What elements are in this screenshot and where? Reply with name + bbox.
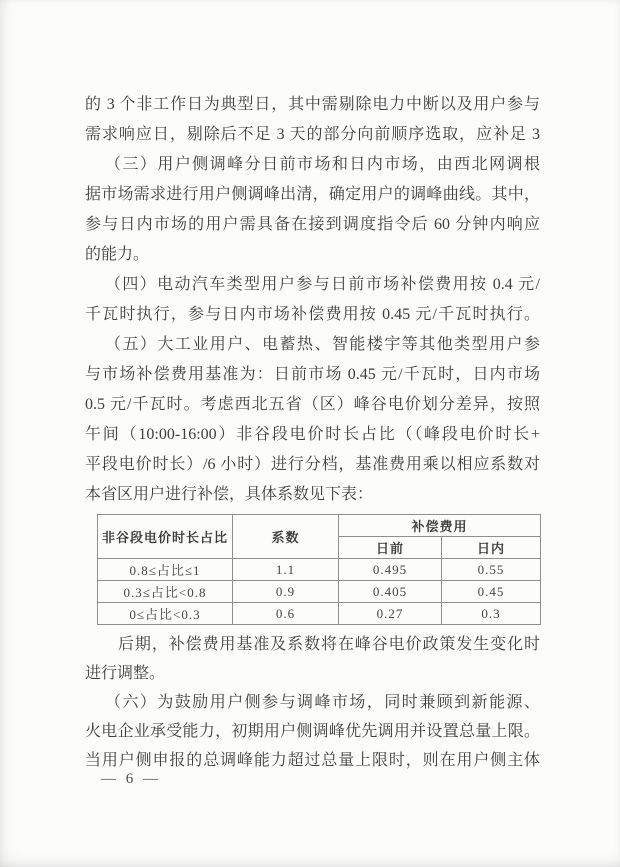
text-line: 后期，补偿费用基准及系数将在峰谷电价政策发生变化时 bbox=[85, 630, 540, 659]
cell-intraday: 0.55 bbox=[442, 559, 541, 581]
cell-day-ahead: 0.27 bbox=[339, 603, 442, 625]
cell-intraday: 0.3 bbox=[442, 603, 541, 625]
text-line-section-4: （四）电动汽车类型用户参与日前市场补偿费用按 0.4 元/ bbox=[85, 270, 540, 300]
cell-coefficient: 0.6 bbox=[233, 603, 339, 625]
compensation-coefficient-table: 非谷段电价时长占比 系数 补偿费用 日前 日内 0.8≤占比≤1 1.1 0.4… bbox=[97, 514, 541, 625]
header-ratio: 非谷段电价时长占比 bbox=[98, 515, 233, 559]
header-coefficient: 系数 bbox=[233, 515, 339, 559]
header-intraday: 日内 bbox=[442, 537, 541, 559]
cell-coefficient: 1.1 bbox=[233, 559, 339, 581]
text-line: 午间（10:00-16:00）非谷段电价时长占比（（峰段电价时长+ bbox=[85, 420, 540, 450]
text-line: 据市场需求进行用户侧调峰出清，确定用户的调峰曲线。其中， bbox=[85, 180, 540, 210]
text-line: 需求响应日，剔除后不足 3 天的部分向前顺序选取，应补足 3 天。 bbox=[85, 120, 540, 150]
body-text-lower: 后期，补偿费用基准及系数将在峰谷电价政策发生变化时 进行调整。 （六）为鼓励用户… bbox=[85, 630, 540, 775]
text-line-section-3: （三）用户侧调峰分日前市场和日内市场，由西北网调根 bbox=[85, 150, 540, 180]
table-row: 0.3≤占比<0.8 0.9 0.405 0.45 bbox=[98, 581, 541, 603]
text-line: 进行调整。 bbox=[85, 659, 540, 688]
header-day-ahead: 日前 bbox=[339, 537, 442, 559]
text-line: 千瓦时执行，参与日内市场补偿费用按 0.45 元/千瓦时执行。 bbox=[85, 300, 540, 330]
cell-coefficient: 0.9 bbox=[233, 581, 339, 603]
text-line: 参与日内市场的用户需具备在接到调度指令后 60 分钟内响应 bbox=[85, 210, 540, 240]
text-line-section-5: （五）大工业用户、电蓄热、智能楼宇等其他类型用户参 bbox=[85, 330, 540, 360]
table-row: 0.8≤占比≤1 1.1 0.495 0.55 bbox=[98, 559, 541, 581]
cell-day-ahead: 0.405 bbox=[339, 581, 442, 603]
cell-ratio: 0.8≤占比≤1 bbox=[98, 559, 233, 581]
cell-intraday: 0.45 bbox=[442, 581, 541, 603]
text-line: 火电企业承受能力，初期用户侧调峰优先调用并设置总量上限。 bbox=[85, 717, 540, 746]
text-line: 0.5 元/千瓦时。考虑西北五省（区）峰谷电价划分差异，按照 bbox=[85, 390, 540, 420]
document-page: 的 3 个非工作日为典型日，其中需剔除电力中断以及用户参与 需求响应日，剔除后不… bbox=[0, 0, 620, 867]
text-line: 的能力。 bbox=[85, 240, 540, 270]
text-line: 与市场补偿费用基准为：日前市场 0.45 元/千瓦时，日内市场 bbox=[85, 360, 540, 390]
body-text-upper: 的 3 个非工作日为典型日，其中需剔除电力中断以及用户参与 需求响应日，剔除后不… bbox=[85, 90, 540, 510]
cell-ratio: 0≤占比<0.3 bbox=[98, 603, 233, 625]
text-line: 的 3 个非工作日为典型日，其中需剔除电力中断以及用户参与 bbox=[85, 90, 540, 120]
cell-ratio: 0.3≤占比<0.8 bbox=[98, 581, 233, 603]
page-number: — 6 — bbox=[101, 771, 161, 788]
header-compensation: 补偿费用 bbox=[339, 515, 541, 537]
text-line: 本省区用户进行补偿，具体系数见下表： bbox=[85, 480, 540, 510]
table-header-row-1: 非谷段电价时长占比 系数 补偿费用 bbox=[98, 515, 541, 537]
cell-day-ahead: 0.495 bbox=[339, 559, 442, 581]
text-line: 平段电价时长）/6 小时）进行分档，基准费用乘以相应系数对 bbox=[85, 450, 540, 480]
table-row: 0≤占比<0.3 0.6 0.27 0.3 bbox=[98, 603, 541, 625]
text-line-section-6: （六）为鼓励用户侧参与调峰市场，同时兼顾到新能源、 bbox=[85, 688, 540, 717]
